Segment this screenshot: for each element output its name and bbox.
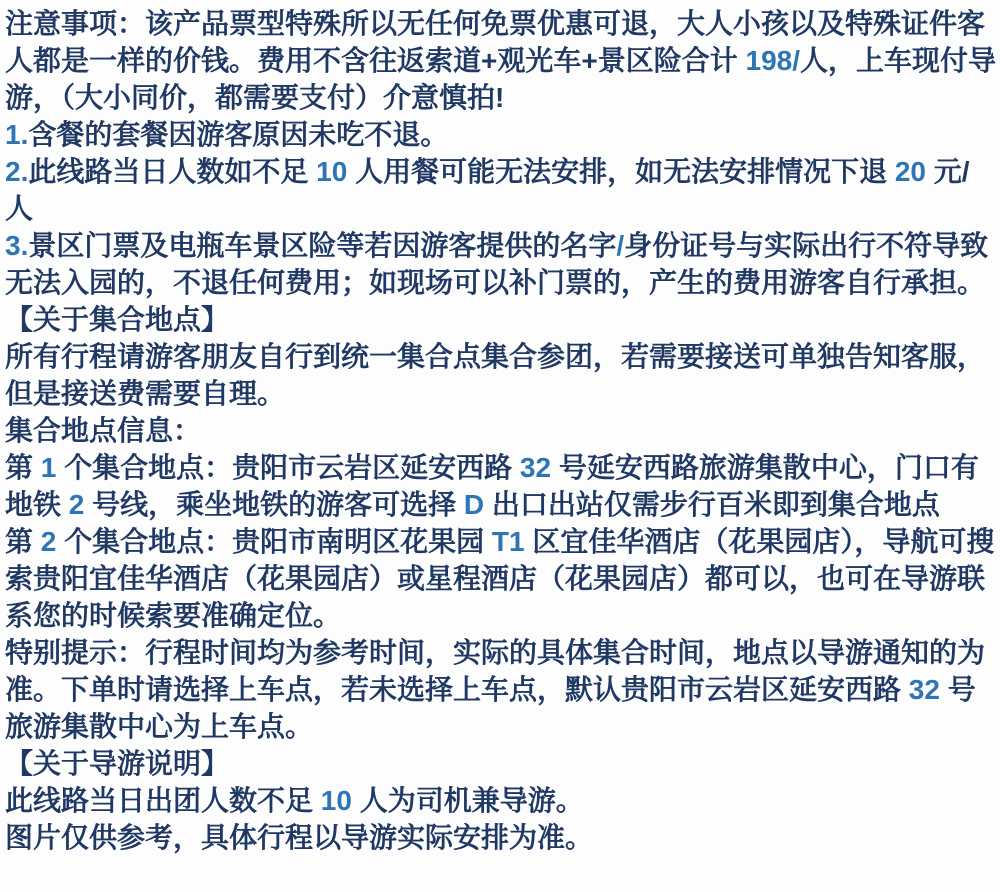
highlighted-number: 32: [520, 452, 551, 483]
section-header-meeting-point: 【关于集合地点】: [5, 301, 996, 338]
guide-note-2: 图片仅供参考，具体行程以导游实际安排为准。: [5, 819, 996, 856]
highlighted-number: T1: [492, 526, 525, 557]
highlighted-number: 2: [41, 526, 57, 557]
meeting-point-2: 第 2 个集合地点：贵阳市南明区花果园 T1 区宜佳华酒店（花果园店），导航可搜…: [5, 523, 996, 634]
highlighted-number: 32: [909, 674, 940, 705]
highlighted-number: 1.: [5, 119, 28, 150]
text-run: 此线路当日出团人数不足: [5, 785, 321, 816]
highlighted-number: 10: [316, 156, 347, 187]
text-run: 含餐的套餐因游客原因未吃不退。: [28, 119, 448, 150]
text-run: 所有行程请游客朋友自行到统一集合点集合参团，若需要接送可单独告知客服，但是接送费…: [5, 341, 985, 409]
text-run: 此线路当日人数如不足: [28, 156, 316, 187]
text-run: 第: [5, 526, 41, 557]
meeting-point-info-label: 集合地点信息：: [5, 412, 996, 449]
guide-note-1: 此线路当日出团人数不足 10 人为司机兼导游。: [5, 782, 996, 819]
text-run: 出口出站仅需步行百米即到集合地点: [484, 489, 940, 520]
text-run: 人用餐可能无法安排，如无法安排情况下退: [347, 156, 895, 187]
rule-2: 2.此线路当日人数如不足 10 人用餐可能无法安排，如无法安排情况下退 20 元…: [5, 153, 996, 227]
highlighted-number: D: [464, 489, 484, 520]
meeting-point-intro: 所有行程请游客朋友自行到统一集合点集合参团，若需要接送可单独告知客服，但是接送费…: [5, 338, 996, 412]
text-run: 【关于集合地点】: [5, 304, 229, 335]
section-header-guide: 【关于导游说明】: [5, 745, 996, 782]
highlighted-number: 198/: [746, 45, 801, 76]
text-run: 【关于导游说明】: [5, 748, 229, 779]
highlighted-number: 10: [321, 785, 352, 816]
text-run: 集合地点信息：: [5, 415, 201, 446]
text-run: 图片仅供参考，具体行程以导游实际安排为准。: [5, 822, 593, 853]
highlighted-number: 3.: [5, 230, 28, 261]
text-run: 景区门票及电瓶车景区险等若因游客提供的名字: [28, 230, 616, 261]
text-run: 个集合地点：贵阳市云岩区延安西路: [56, 452, 520, 483]
highlighted-number: /: [616, 230, 624, 261]
highlighted-number: 2.: [5, 156, 28, 187]
highlighted-number: 2: [69, 489, 85, 520]
rule-1: 1.含餐的套餐因游客原因未吃不退。: [5, 116, 996, 153]
highlighted-number: 1: [41, 452, 57, 483]
highlighted-number: 20: [895, 156, 926, 187]
notice-intro: 注意事项：该产品票型特殊所以无任何免票优惠可退，大人小孩以及特殊证件客人都是一样…: [5, 5, 996, 116]
text-run: 号线，乘坐地铁的游客可选择: [84, 489, 464, 520]
special-note: 特别提示：行程时间均为参考时间，实际的具体集合时间，地点以导游通知的为准。下单时…: [5, 634, 996, 745]
rule-3: 3.景区门票及电瓶车景区险等若因游客提供的名字/身份证号与实际出行不符导致无法入…: [5, 227, 996, 301]
text-run: 特别提示：行程时间均为参考时间，实际的具体集合时间，地点以导游通知的为准。下单时…: [5, 637, 985, 705]
text-run: 第: [5, 452, 41, 483]
text-run: 个集合地点：贵阳市南明区花果园: [56, 526, 492, 557]
notice-document: 注意事项：该产品票型特殊所以无任何免票优惠可退，大人小孩以及特殊证件客人都是一样…: [0, 0, 1000, 856]
text-run: 人为司机兼导游。: [352, 785, 584, 816]
meeting-point-1: 第 1 个集合地点：贵阳市云岩区延安西路 32 号延安西路旅游集散中心，门口有地…: [5, 449, 996, 523]
